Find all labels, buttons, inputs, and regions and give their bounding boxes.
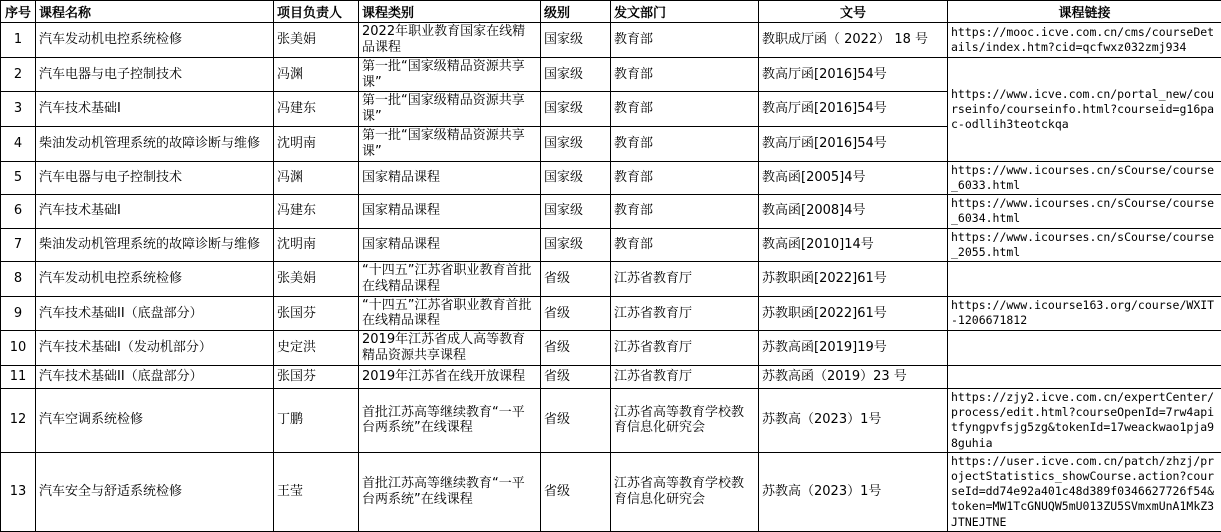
column-header-level: 级别 <box>541 1 611 23</box>
cell-department: 教育部 <box>611 92 759 127</box>
cell-doc-number: 苏教高（2023）1号 <box>759 452 948 531</box>
cell-category: 第一批“国家级精品资源共享课” <box>359 57 541 92</box>
cell-row-number: 9 <box>1 296 36 331</box>
table-row: 7柴油发动机管理系统的故障诊断与维修沈明南国家精品课程国家级教育部教高函[201… <box>1 228 1221 261</box>
table-row: 11汽车技术基础II（底盘部分）张国芬2019年江苏省在线开放课程省级江苏省教育… <box>1 366 1221 389</box>
column-header-doc-no: 文号 <box>759 1 948 23</box>
cell-row-number: 4 <box>1 127 36 162</box>
cell-leader: 史定洪 <box>274 331 359 366</box>
table-row: 9汽车技术基础II（底盘部分）张国芬“十四五”江苏省职业教育首批在线精品课程省级… <box>1 296 1221 331</box>
cell-level: 国家级 <box>541 195 611 228</box>
cell-course-name: 汽车安全与舒适系统检修 <box>36 452 274 531</box>
cell-category: “十四五”江苏省职业教育首批在线精品课程 <box>359 296 541 331</box>
table-row: 13汽车安全与舒适系统检修王莹首批江苏高等继续教育“一平台两系统”在线课程省级江… <box>1 452 1221 531</box>
table-row: 8汽车发动机电控系统检修张美娟“十四五”江苏省职业教育首批在线精品课程省级江苏省… <box>1 261 1221 296</box>
cell-doc-number: 苏教职函[2022]61号 <box>759 261 948 296</box>
table-row: 2汽车电器与电子控制技术冯渊第一批“国家级精品资源共享课”国家级教育部教高厅函[… <box>1 57 1221 92</box>
cell-department: 江苏省教育厅 <box>611 366 759 389</box>
cell-row-number: 13 <box>1 452 36 531</box>
cell-course-name: 汽车空调系统检修 <box>36 389 274 453</box>
cell-doc-number: 教高厅函[2016]54号 <box>759 57 948 92</box>
cell-level: 国家级 <box>541 161 611 194</box>
cell-course-link <box>948 261 1221 296</box>
cell-doc-number: 教高函[2008]4号 <box>759 195 948 228</box>
cell-doc-number: 苏教高函（2019）23 号 <box>759 366 948 389</box>
cell-course-link[interactable]: https://www.icourses.cn/sCourse/course_6… <box>948 195 1221 228</box>
cell-row-number: 3 <box>1 92 36 127</box>
cell-leader: 沈明南 <box>274 127 359 162</box>
cell-course-link[interactable]: https://www.icve.com.cn/portal_new/cours… <box>948 57 1221 161</box>
header-row: 序号 课程名称 项目负责人 课程类别 级别 发文部门 文号 课程链接 <box>1 1 1221 23</box>
table-row: 1汽车发动机电控系统检修张美娟2022年职业教育国家在线精品课程国家级教育部教职… <box>1 23 1221 58</box>
column-header-category: 课程类别 <box>359 1 541 23</box>
table-row: 6汽车技术基础Ⅰ冯建东国家精品课程国家级教育部教高函[2008]4号https:… <box>1 195 1221 228</box>
cell-leader: 张国芬 <box>274 296 359 331</box>
cell-level: 省级 <box>541 452 611 531</box>
cell-level: 省级 <box>541 331 611 366</box>
column-header-course-name: 课程名称 <box>36 1 274 23</box>
table-row: 5汽车电器与电子控制技术冯渊国家精品课程国家级教育部教高函[2005]4号htt… <box>1 161 1221 194</box>
cell-category: 2019年江苏省成人高等教育精品资源共享课程 <box>359 331 541 366</box>
table-row: 12汽车空调系统检修丁鹏首批江苏高等继续教育“一平台两系统”在线课程省级江苏省高… <box>1 389 1221 453</box>
cell-doc-number: 教高厅函[2016]54号 <box>759 92 948 127</box>
cell-leader: 丁鹏 <box>274 389 359 453</box>
cell-department: 教育部 <box>611 127 759 162</box>
cell-row-number: 11 <box>1 366 36 389</box>
cell-department: 教育部 <box>611 23 759 58</box>
cell-department: 教育部 <box>611 228 759 261</box>
cell-course-name: 柴油发动机管理系统的故障诊断与维修 <box>36 127 274 162</box>
cell-department: 教育部 <box>611 161 759 194</box>
cell-leader: 王莹 <box>274 452 359 531</box>
column-header-department: 发文部门 <box>611 1 759 23</box>
cell-level: 省级 <box>541 261 611 296</box>
cell-course-name: 汽车技术基础II（底盘部分） <box>36 296 274 331</box>
cell-level: 省级 <box>541 296 611 331</box>
cell-course-name: 汽车发动机电控系统检修 <box>36 23 274 58</box>
cell-row-number: 8 <box>1 261 36 296</box>
cell-course-name: 柴油发动机管理系统的故障诊断与维修 <box>36 228 274 261</box>
cell-department: 江苏省教育厅 <box>611 261 759 296</box>
cell-row-number: 1 <box>1 23 36 58</box>
cell-category: 国家精品课程 <box>359 228 541 261</box>
cell-course-name: 汽车发动机电控系统检修 <box>36 261 274 296</box>
cell-department: 教育部 <box>611 57 759 92</box>
cell-row-number: 7 <box>1 228 36 261</box>
cell-department: 教育部 <box>611 195 759 228</box>
cell-category: 2019年江苏省在线开放课程 <box>359 366 541 389</box>
cell-doc-number: 教高厅函[2016]54号 <box>759 127 948 162</box>
cell-course-name: 汽车电器与电子控制技术 <box>36 57 274 92</box>
cell-leader: 沈明南 <box>274 228 359 261</box>
cell-course-link[interactable]: https://www.icourses.cn/sCourse/course_6… <box>948 161 1221 194</box>
cell-level: 国家级 <box>541 92 611 127</box>
cell-level: 国家级 <box>541 23 611 58</box>
cell-level: 省级 <box>541 389 611 453</box>
cell-department: 江苏省高等教育学校教育信息化研究会 <box>611 389 759 453</box>
cell-row-number: 5 <box>1 161 36 194</box>
cell-course-link[interactable]: https://www.icourses.cn/sCourse/course_2… <box>948 228 1221 261</box>
table-body: 1汽车发动机电控系统检修张美娟2022年职业教育国家在线精品课程国家级教育部教职… <box>1 23 1221 532</box>
cell-leader: 张美娟 <box>274 261 359 296</box>
cell-leader: 张美娟 <box>274 23 359 58</box>
column-header-leader: 项目负责人 <box>274 1 359 23</box>
cell-level: 省级 <box>541 366 611 389</box>
cell-category: 第一批“国家级精品资源共享课” <box>359 127 541 162</box>
cell-department: 江苏省教育厅 <box>611 331 759 366</box>
cell-leader: 冯建东 <box>274 195 359 228</box>
cell-course-link <box>948 366 1221 389</box>
cell-leader: 冯渊 <box>274 57 359 92</box>
cell-category: 国家精品课程 <box>359 161 541 194</box>
cell-department: 江苏省教育厅 <box>611 296 759 331</box>
cell-course-link <box>948 331 1221 366</box>
cell-course-name: 汽车技术基础II（底盘部分） <box>36 366 274 389</box>
cell-course-link[interactable]: https://mooc.icve.com.cn/cms/courseDetai… <box>948 23 1221 58</box>
cell-doc-number: 苏教高函[2019]19号 <box>759 331 948 366</box>
cell-category: “十四五”江苏省职业教育首批在线精品课程 <box>359 261 541 296</box>
cell-department: 江苏省高等教育学校教育信息化研究会 <box>611 452 759 531</box>
cell-doc-number: 苏教职函[2022]61号 <box>759 296 948 331</box>
cell-doc-number: 教职成厅函（ 2022） 18 号 <box>759 23 948 58</box>
cell-row-number: 2 <box>1 57 36 92</box>
cell-course-name: 汽车技术基础I（发动机部分） <box>36 331 274 366</box>
cell-leader: 冯建东 <box>274 92 359 127</box>
cell-doc-number: 苏教高（2023）1号 <box>759 389 948 453</box>
cell-row-number: 6 <box>1 195 36 228</box>
cell-course-name: 汽车技术基础Ⅰ <box>36 195 274 228</box>
cell-course-link[interactable]: https://user.icve.com.cn/patch/zhzj/proj… <box>948 452 1221 531</box>
cell-row-number: 10 <box>1 331 36 366</box>
cell-category: 首批江苏高等继续教育“一平台两系统”在线课程 <box>359 389 541 453</box>
cell-category: 第一批“国家级精品资源共享课” <box>359 92 541 127</box>
cell-level: 国家级 <box>541 57 611 92</box>
course-table: 序号 课程名称 项目负责人 课程类别 级别 发文部门 文号 课程链接 1汽车发动… <box>0 0 1221 532</box>
cell-course-name: 汽车技术基础Ⅰ <box>36 92 274 127</box>
column-header-link: 课程链接 <box>948 1 1221 23</box>
cell-level: 国家级 <box>541 228 611 261</box>
cell-category: 国家精品课程 <box>359 195 541 228</box>
cell-category: 2022年职业教育国家在线精品课程 <box>359 23 541 58</box>
cell-row-number: 12 <box>1 389 36 453</box>
cell-course-link[interactable]: https://www.icourse163.org/course/WXIT-1… <box>948 296 1221 331</box>
cell-doc-number: 教高函[2005]4号 <box>759 161 948 194</box>
table-row: 10汽车技术基础I（发动机部分）史定洪2019年江苏省成人高等教育精品资源共享课… <box>1 331 1221 366</box>
cell-level: 国家级 <box>541 127 611 162</box>
cell-course-name: 汽车电器与电子控制技术 <box>36 161 274 194</box>
cell-leader: 冯渊 <box>274 161 359 194</box>
cell-leader: 张国芬 <box>274 366 359 389</box>
cell-doc-number: 教高函[2010]14号 <box>759 228 948 261</box>
column-header-index: 序号 <box>1 1 36 23</box>
cell-course-link[interactable]: https://zjy2.icve.com.cn/expertCenter/pr… <box>948 389 1221 453</box>
cell-category: 首批江苏高等继续教育“一平台两系统”在线课程 <box>359 452 541 531</box>
